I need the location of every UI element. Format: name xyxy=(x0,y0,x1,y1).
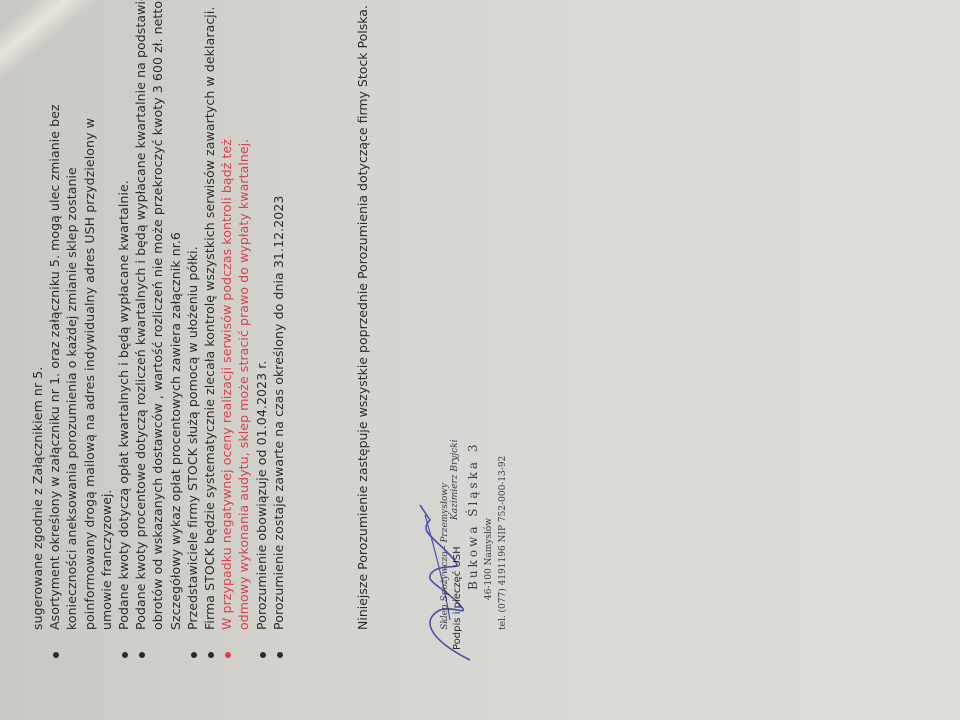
bullet-icon xyxy=(225,652,231,658)
list-line: Firma STOCK będzie systematycznie zlecał… xyxy=(202,6,217,630)
bullet-icon xyxy=(122,652,128,658)
list-line: obrotów od wskazanych dostawców , wartoś… xyxy=(150,0,165,630)
bullet-icon xyxy=(277,652,283,658)
list-line: Podane kwoty dotyczą opłat kwartalnych i… xyxy=(116,180,131,630)
list-line: W przypadku negatywnej oceny realizacji … xyxy=(219,139,234,630)
stamp-line-shop: Sklep Spożywczo - Przemysłowy xyxy=(440,482,450,630)
bullet-icon xyxy=(53,652,59,658)
closing-statement: Niniejsze Porozumienie zastępuje wszystk… xyxy=(355,5,370,630)
bullet-icon xyxy=(208,652,214,658)
stamp-line-contact: tel. (077) 4191196 NIP 752-000-13-92 xyxy=(498,456,508,630)
list-line: Porozumienie zostaje zawarte na czas okr… xyxy=(271,196,286,630)
list-line: Asortyment określony w załączniku nr 1. … xyxy=(47,104,62,630)
list-line: sugerowane zgodnie z Załącznikiem nr 5. xyxy=(30,367,45,630)
list-line: odmowy wykonania audytu, sklep może stra… xyxy=(236,139,251,630)
list-line: konieczności aneksowania porozumienia o … xyxy=(64,167,79,630)
rotated-document-page: sugerowane zgodnie z Załącznikiem nr 5.A… xyxy=(0,0,960,720)
list-line: Podane kwoty procentowe dotyczą rozlicze… xyxy=(133,0,148,630)
stamp-line-owner: Kazimierz Bryjcki xyxy=(450,439,460,520)
list-line: Porozumienie obowiązuje od 01.04.2023 r. xyxy=(254,361,269,630)
list-line: umowie franczyzowej. xyxy=(99,489,114,630)
stamp-line-address: Bukowa Śląska 3 xyxy=(466,441,480,590)
stamp-line-postal: 46-100 Namysłów xyxy=(484,518,494,600)
signature-label: Podpis i pieczęć USH xyxy=(452,546,463,650)
bullet-icon xyxy=(139,652,145,658)
list-line: poinformowany drogą mailową na adres ind… xyxy=(82,118,97,630)
list-line: Przedstawiciele firmy STOCK służą pomocą… xyxy=(185,246,200,630)
list-line: Szczegółowy wykaz opłat procentowych zaw… xyxy=(168,232,183,630)
company-stamp: Sklep Spożywczo - Przemysłowy Podpis i p… xyxy=(440,460,560,720)
bullet-icon xyxy=(260,652,266,658)
bullet-icon xyxy=(191,652,197,658)
